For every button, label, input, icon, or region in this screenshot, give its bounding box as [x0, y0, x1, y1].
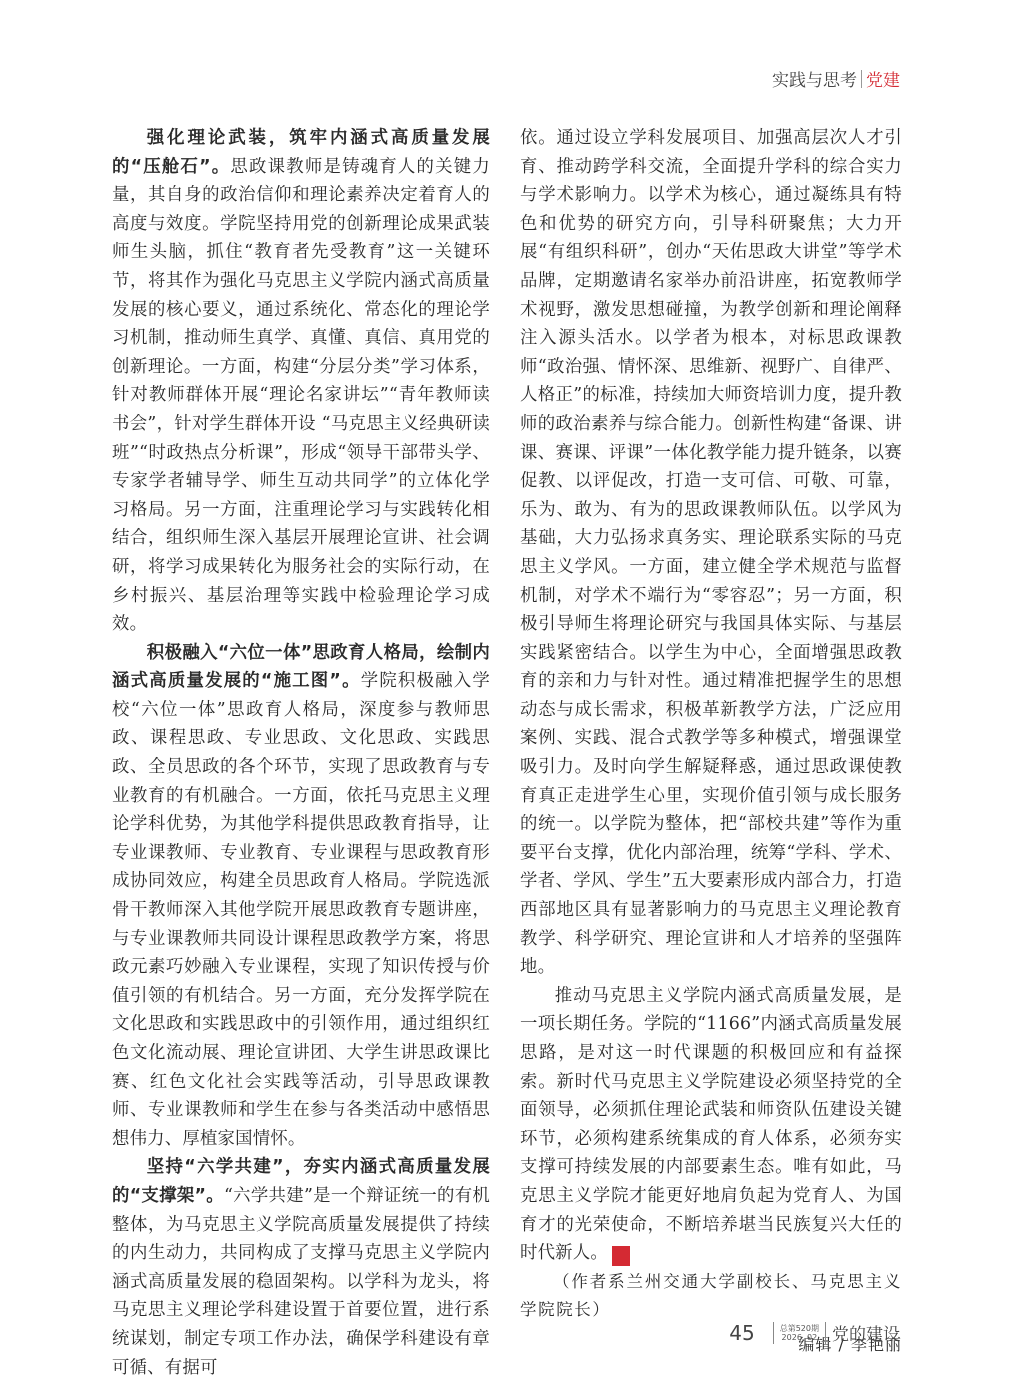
- author-byline: （作者系兰州交通大学副校长、马克思主义学院院长）: [520, 1268, 902, 1325]
- left-column: 强化理论武装，筑牢内涵式高质量发展的“压舱石”。思政课教师是铸魂育人的关键力量，…: [112, 124, 490, 1382]
- magazine-name: 党的建设: [832, 1320, 900, 1345]
- footer-divider: [825, 1322, 826, 1344]
- body-text: 推动马克思主义学院内涵式高质量发展，是一项长期任务。学院的“1166”内涵式高质…: [520, 986, 902, 1263]
- issue-total: 总第520期: [780, 1324, 819, 1333]
- paragraph-conclusion: 推动马克思主义学院内涵式高质量发展，是一项长期任务。学院的“1166”内涵式高质…: [520, 982, 902, 1268]
- page-number: 45: [729, 1321, 754, 1345]
- footer-divider: [773, 1322, 774, 1344]
- section-name: 党建: [866, 66, 900, 91]
- body-text: 学院积极融入学校“六位一体”思政育人格局，深度参与教师思政、课程思政、专业思政、…: [112, 671, 490, 1149]
- body-text: “六学共建”是一个辩证统一的有机整体，为马克思主义学院高质量发展提供了持续的内生…: [112, 1186, 490, 1378]
- body-text: 思政课教师是铸魂育人的关键力量，其自身的政治信仰和理论素养决定着育人的高度与效度…: [112, 157, 490, 635]
- right-column: 依。通过设立学科发展项目、加强高层次人才引育、推动跨学科交流，全面提升学科的综合…: [520, 124, 902, 1360]
- running-header: 实践与思考 党建: [772, 66, 900, 91]
- header-divider: [861, 70, 862, 88]
- paragraph-theory-armament: 强化理论武装，筑牢内涵式高质量发展的“压舱石”。思政课教师是铸魂育人的关键力量，…: [112, 124, 490, 639]
- page-footer: 45 总第520期 2026. 02 党的建设: [729, 1320, 900, 1345]
- issue-info: 总第520期 2026. 02: [780, 1324, 819, 1342]
- column-name: 实践与思考: [772, 66, 857, 91]
- issue-date: 2026. 02: [782, 1333, 818, 1342]
- paragraph-six-studies-continued: 依。通过设立学科发展项目、加强高层次人才引育、推动跨学科交流，全面提升学科的综合…: [520, 124, 902, 982]
- paragraph-six-in-one: 积极融入“六位一体”思政育人格局，绘制内涵式高质量发展的“施工图”。学院积极融入…: [112, 639, 490, 1154]
- end-mark-icon: D: [612, 1246, 630, 1266]
- paragraph-six-studies: 坚持“六学共建”，夯实内涵式高质量发展的“支撑架”。“六学共建”是一个辩证统一的…: [112, 1153, 490, 1382]
